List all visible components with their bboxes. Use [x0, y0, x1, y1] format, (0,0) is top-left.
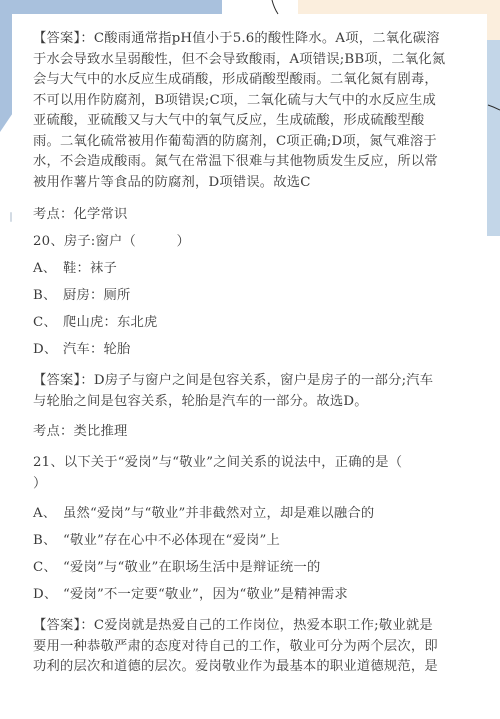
- answer-line: 功利的层次和道德的层次。爱岗敬业作为最基本的职业道德规范，是: [33, 657, 465, 678]
- option-text: “爱岗”与“敬业”在职场生活中是辩证统一的: [63, 558, 320, 579]
- option-text: 鞋：袜子: [63, 259, 117, 280]
- answer-line: 不可以用作防腐剂，B项错误;C项，二氧化硫与大气中的水反应生成: [33, 91, 465, 112]
- option-label: A、: [33, 259, 63, 280]
- option-text: “爱岗”不一定要“敬业”，因为“敬业”是精神需求: [63, 585, 348, 606]
- answer-line: 【答案】：D房子与窗户之间是包容关系，窗户是房子的一部分;汽车: [33, 371, 465, 392]
- background-blue-band: [0, 0, 222, 14]
- option-label: A、: [33, 504, 63, 525]
- background-blue-tab: [0, 14, 12, 132]
- option-label: C、: [33, 313, 63, 334]
- option-label: D、: [33, 585, 63, 606]
- background-right-blue-strip: [487, 40, 500, 236]
- answer-line: 于水会导致水呈弱酸性，但不会导致酸雨，A项错误;BB项，二氧化氮: [33, 50, 465, 71]
- option-text: 虽然“爱岗”与“敬业”并非截然对立，却是难以融合的: [63, 504, 374, 525]
- question-line: 21、以下关于“爱岗”与“敬业”之间关系的说法中，正确的是（: [33, 453, 465, 474]
- question-line: ）: [33, 474, 465, 495]
- answer-line: 要用一种恭敬严肃的态度对待自己的工作，敬业可分为两个层次，即: [33, 637, 465, 658]
- q21-option-b: B、 “敬业”存在心中不必体现在“爱岗”上: [33, 528, 465, 555]
- q20-option-b: B、 厨房：厕所: [33, 283, 465, 310]
- option-label: D、: [33, 340, 63, 361]
- q20-answer-block: 【答案】：D房子与窗户之间是包容关系，窗户是房子的一部分;汽车 与轮胎之间是包容…: [33, 371, 465, 412]
- option-text: 厨房：厕所: [63, 286, 130, 307]
- q19-answer-block: 【答案】：C酸雨通常指pH值小于5.6的酸性降水。A项，二氧化碳溶 于水会导致水…: [33, 29, 465, 193]
- answer-line: 亚硫酸，亚硫酸又与大气中的氧气反应，生成硫酸，形成硫酸型酸: [33, 111, 465, 132]
- option-text: 爬山虎：东北虎: [63, 313, 157, 334]
- answer-line: 雨。二氧化硫常被用作葡萄酒的防腐剂，C项正确;D项，氮气难溶于: [33, 132, 465, 153]
- q21-answer-block: 【答案】：C爱岗就是热爱自己的工作岗位，热爱本职工作;敬业就是 要用一种恭敬严肃…: [33, 616, 465, 678]
- option-label: B、: [33, 286, 63, 307]
- answer-line: 水，不会造成酸雨。氮气在常温下很难与其他物质发生反应，所以常: [33, 152, 465, 173]
- q20-option-c: C、 爬山虎：东北虎: [33, 310, 465, 337]
- q20-question: 20、房子:窗户（ ）: [33, 229, 465, 256]
- q21-question: 21、以下关于“爱岗”与“敬业”之间关系的说法中，正确的是（ ）: [33, 453, 465, 494]
- q20-option-a: A、 鞋：袜子: [33, 256, 465, 283]
- option-text: 汽车：轮胎: [63, 340, 130, 361]
- answer-line: 与轮胎之间是包容关系，轮胎是汽车的一部分。故选D。: [33, 392, 465, 413]
- q21-option-a: A、 虽然“爱岗”与“敬业”并非截然对立，却是难以融合的: [33, 501, 465, 528]
- q21-option-d: D、 “爱岗”不一定要“敬业”，因为“敬业”是精神需求: [33, 582, 465, 609]
- q21-option-c: C、 “爱岗”与“敬业”在职场生活中是辩证统一的: [33, 555, 465, 582]
- q20-option-d: D、 汽车：轮胎: [33, 337, 465, 364]
- option-text: “敬业”存在心中不必体现在“爱岗”上: [63, 531, 280, 552]
- answer-line: 【答案】：C爱岗就是热爱自己的工作岗位，热爱本职工作;敬业就是: [33, 616, 465, 637]
- answer-line: 【答案】：C酸雨通常指pH值小于5.6的酸性降水。A项，二氧化碳溶: [33, 29, 465, 50]
- document-content: 【答案】：C酸雨通常指pH值小于5.6的酸性降水。A项，二氧化碳溶 于水会导致水…: [33, 29, 465, 678]
- answer-line: 被用作薯片等食品的防腐剂，D项错误。故选C: [33, 173, 465, 194]
- option-label: C、: [33, 558, 63, 579]
- q20-topic: 考点：类比推理: [33, 419, 465, 446]
- answer-line: 会与大气中的水反应生成硝酸，形成硝酸型酸雨。二氧化氮有剧毒，: [33, 70, 465, 91]
- option-label: B、: [33, 531, 63, 552]
- q19-topic: 考点：化学常识: [33, 202, 465, 229]
